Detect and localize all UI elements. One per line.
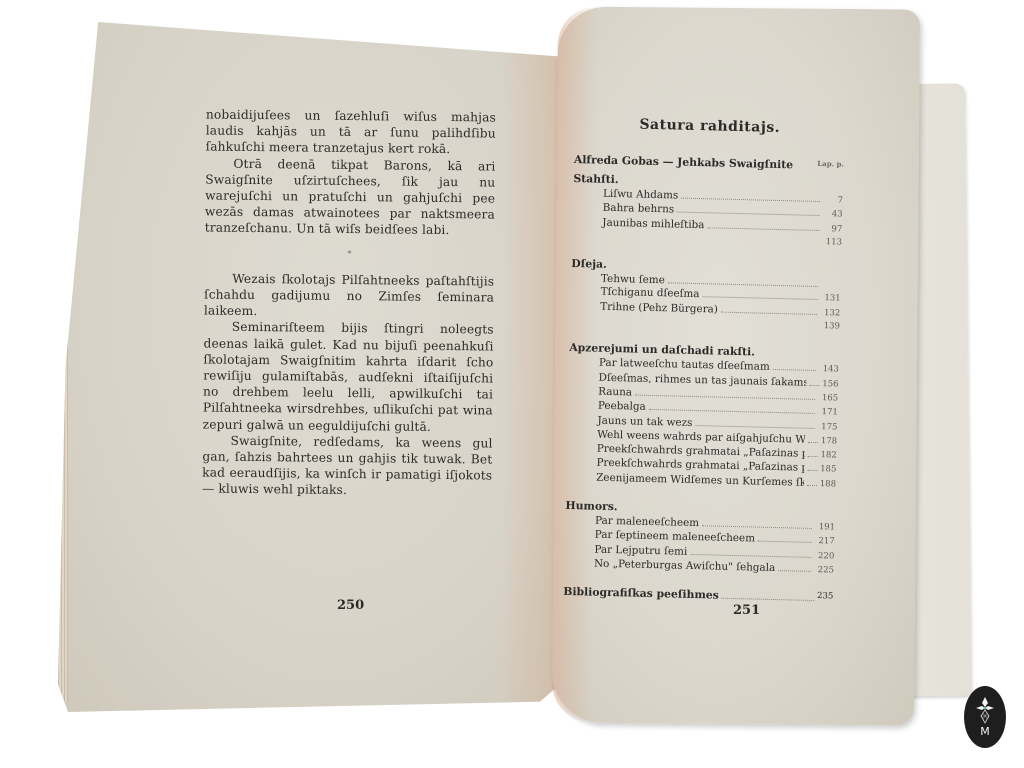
toc-page-number: 175 bbox=[817, 421, 837, 435]
toc-sections: Stahſti.Liſwu Ahdams7Bahra behrns43Jauni… bbox=[563, 172, 844, 615]
leader-dots bbox=[807, 456, 817, 457]
toc-page-number: 156 bbox=[822, 378, 839, 392]
leader-dots bbox=[635, 395, 815, 400]
toc-page-label: Lap. p. bbox=[817, 159, 844, 173]
toc-page-number: 235 bbox=[817, 591, 834, 604]
toc-page-number: 178 bbox=[821, 435, 838, 449]
toc-page-number: 7 bbox=[823, 194, 843, 208]
toc-entry-label: Peebalga bbox=[568, 399, 646, 414]
page-number-right: 251 bbox=[733, 603, 760, 618]
toc-page-number: 139 bbox=[820, 320, 840, 334]
toc-page-number: 165 bbox=[818, 392, 838, 406]
toc-page-number: 225 bbox=[814, 564, 834, 578]
watermark-logo: M bbox=[964, 686, 1006, 748]
leader-dots bbox=[677, 212, 819, 216]
leader-dots bbox=[695, 425, 814, 429]
toc-page-number: 188 bbox=[820, 478, 837, 492]
leader-dots bbox=[681, 198, 820, 202]
paragraph: Seminariſteem bijis ſtingri noleegts dee… bbox=[203, 319, 494, 435]
toc-page-number: 220 bbox=[814, 550, 834, 564]
toc-section-label: Humors. bbox=[565, 499, 618, 513]
paragraph: Swaigſnite, redſedams, ka weens gul gan,… bbox=[202, 432, 493, 500]
toc-page-number: 113 bbox=[822, 236, 842, 250]
toc-entry-label: Bahra behrns bbox=[573, 201, 675, 217]
toc-page-number: 43 bbox=[822, 208, 842, 222]
leader-dots bbox=[702, 297, 817, 301]
leader-dots bbox=[722, 589, 814, 601]
toc-page-number: 131 bbox=[820, 293, 840, 307]
page-edges bbox=[58, 62, 68, 702]
section-separator: * bbox=[204, 244, 494, 263]
toc-page-number: 217 bbox=[814, 535, 834, 549]
leader-dots bbox=[668, 283, 818, 288]
leader-dots bbox=[807, 470, 817, 471]
paragraph: Otrā deenā tikpat Barons, kā ari Swaigſn… bbox=[205, 155, 496, 239]
leader-dots bbox=[758, 541, 812, 543]
toc-section-label: Dſeja. bbox=[571, 257, 607, 271]
toc-header-entry: Alfreda Gobas — Jehkabs Swaigſnite Lap. … bbox=[574, 153, 844, 173]
toc-page-number: 97 bbox=[822, 223, 842, 237]
leader-dots bbox=[690, 554, 811, 558]
toc-section-label: Bibliografiſkas peeſihmes bbox=[563, 585, 719, 602]
left-page-text: nobaidijuſees un ſazehluſi wiſus mahjas … bbox=[202, 106, 496, 500]
leader-dots bbox=[809, 384, 819, 385]
leader-dots bbox=[808, 442, 818, 443]
toc-page-number: 185 bbox=[820, 464, 837, 478]
toc-section-label: Stahſti. bbox=[573, 172, 618, 186]
toc-page-number: 182 bbox=[820, 449, 837, 463]
toc-entry-label: Liſwu Ahdams bbox=[573, 187, 678, 203]
open-book-photo: d / 81 nobaidijuſees un ſazehluſi wiſus … bbox=[0, 0, 1024, 768]
leader-dots bbox=[807, 485, 817, 486]
paragraph: nobaidijuſees un ſazehluſi wiſus mahjas … bbox=[206, 106, 496, 158]
toc-page-number: 132 bbox=[820, 307, 840, 321]
leader-dots bbox=[702, 525, 812, 529]
toc-page-number: 143 bbox=[819, 363, 839, 377]
paragraph: Wezais ſkolotajs Pilſahtneeks paſtahſtij… bbox=[204, 270, 494, 322]
page-number-left: 250 bbox=[337, 598, 364, 613]
diamond-flower-icon: M bbox=[972, 695, 998, 739]
leader-dots bbox=[778, 570, 811, 572]
leader-dots bbox=[721, 311, 817, 314]
leader-dots bbox=[773, 369, 816, 371]
leader-dots bbox=[707, 227, 819, 231]
toc-author-title: Alfreda Gobas — Jehkabs Swaigſnite bbox=[574, 153, 793, 171]
toc-page-number: 191 bbox=[815, 521, 835, 535]
toc-entry-label: Rauna bbox=[568, 385, 632, 400]
toc-page-number: 171 bbox=[818, 406, 838, 420]
leader-dots bbox=[649, 409, 815, 414]
svg-text:M: M bbox=[980, 725, 990, 738]
table-of-contents: Satura rahditajs. Alfreda Gobas — Jehkab… bbox=[563, 115, 845, 615]
